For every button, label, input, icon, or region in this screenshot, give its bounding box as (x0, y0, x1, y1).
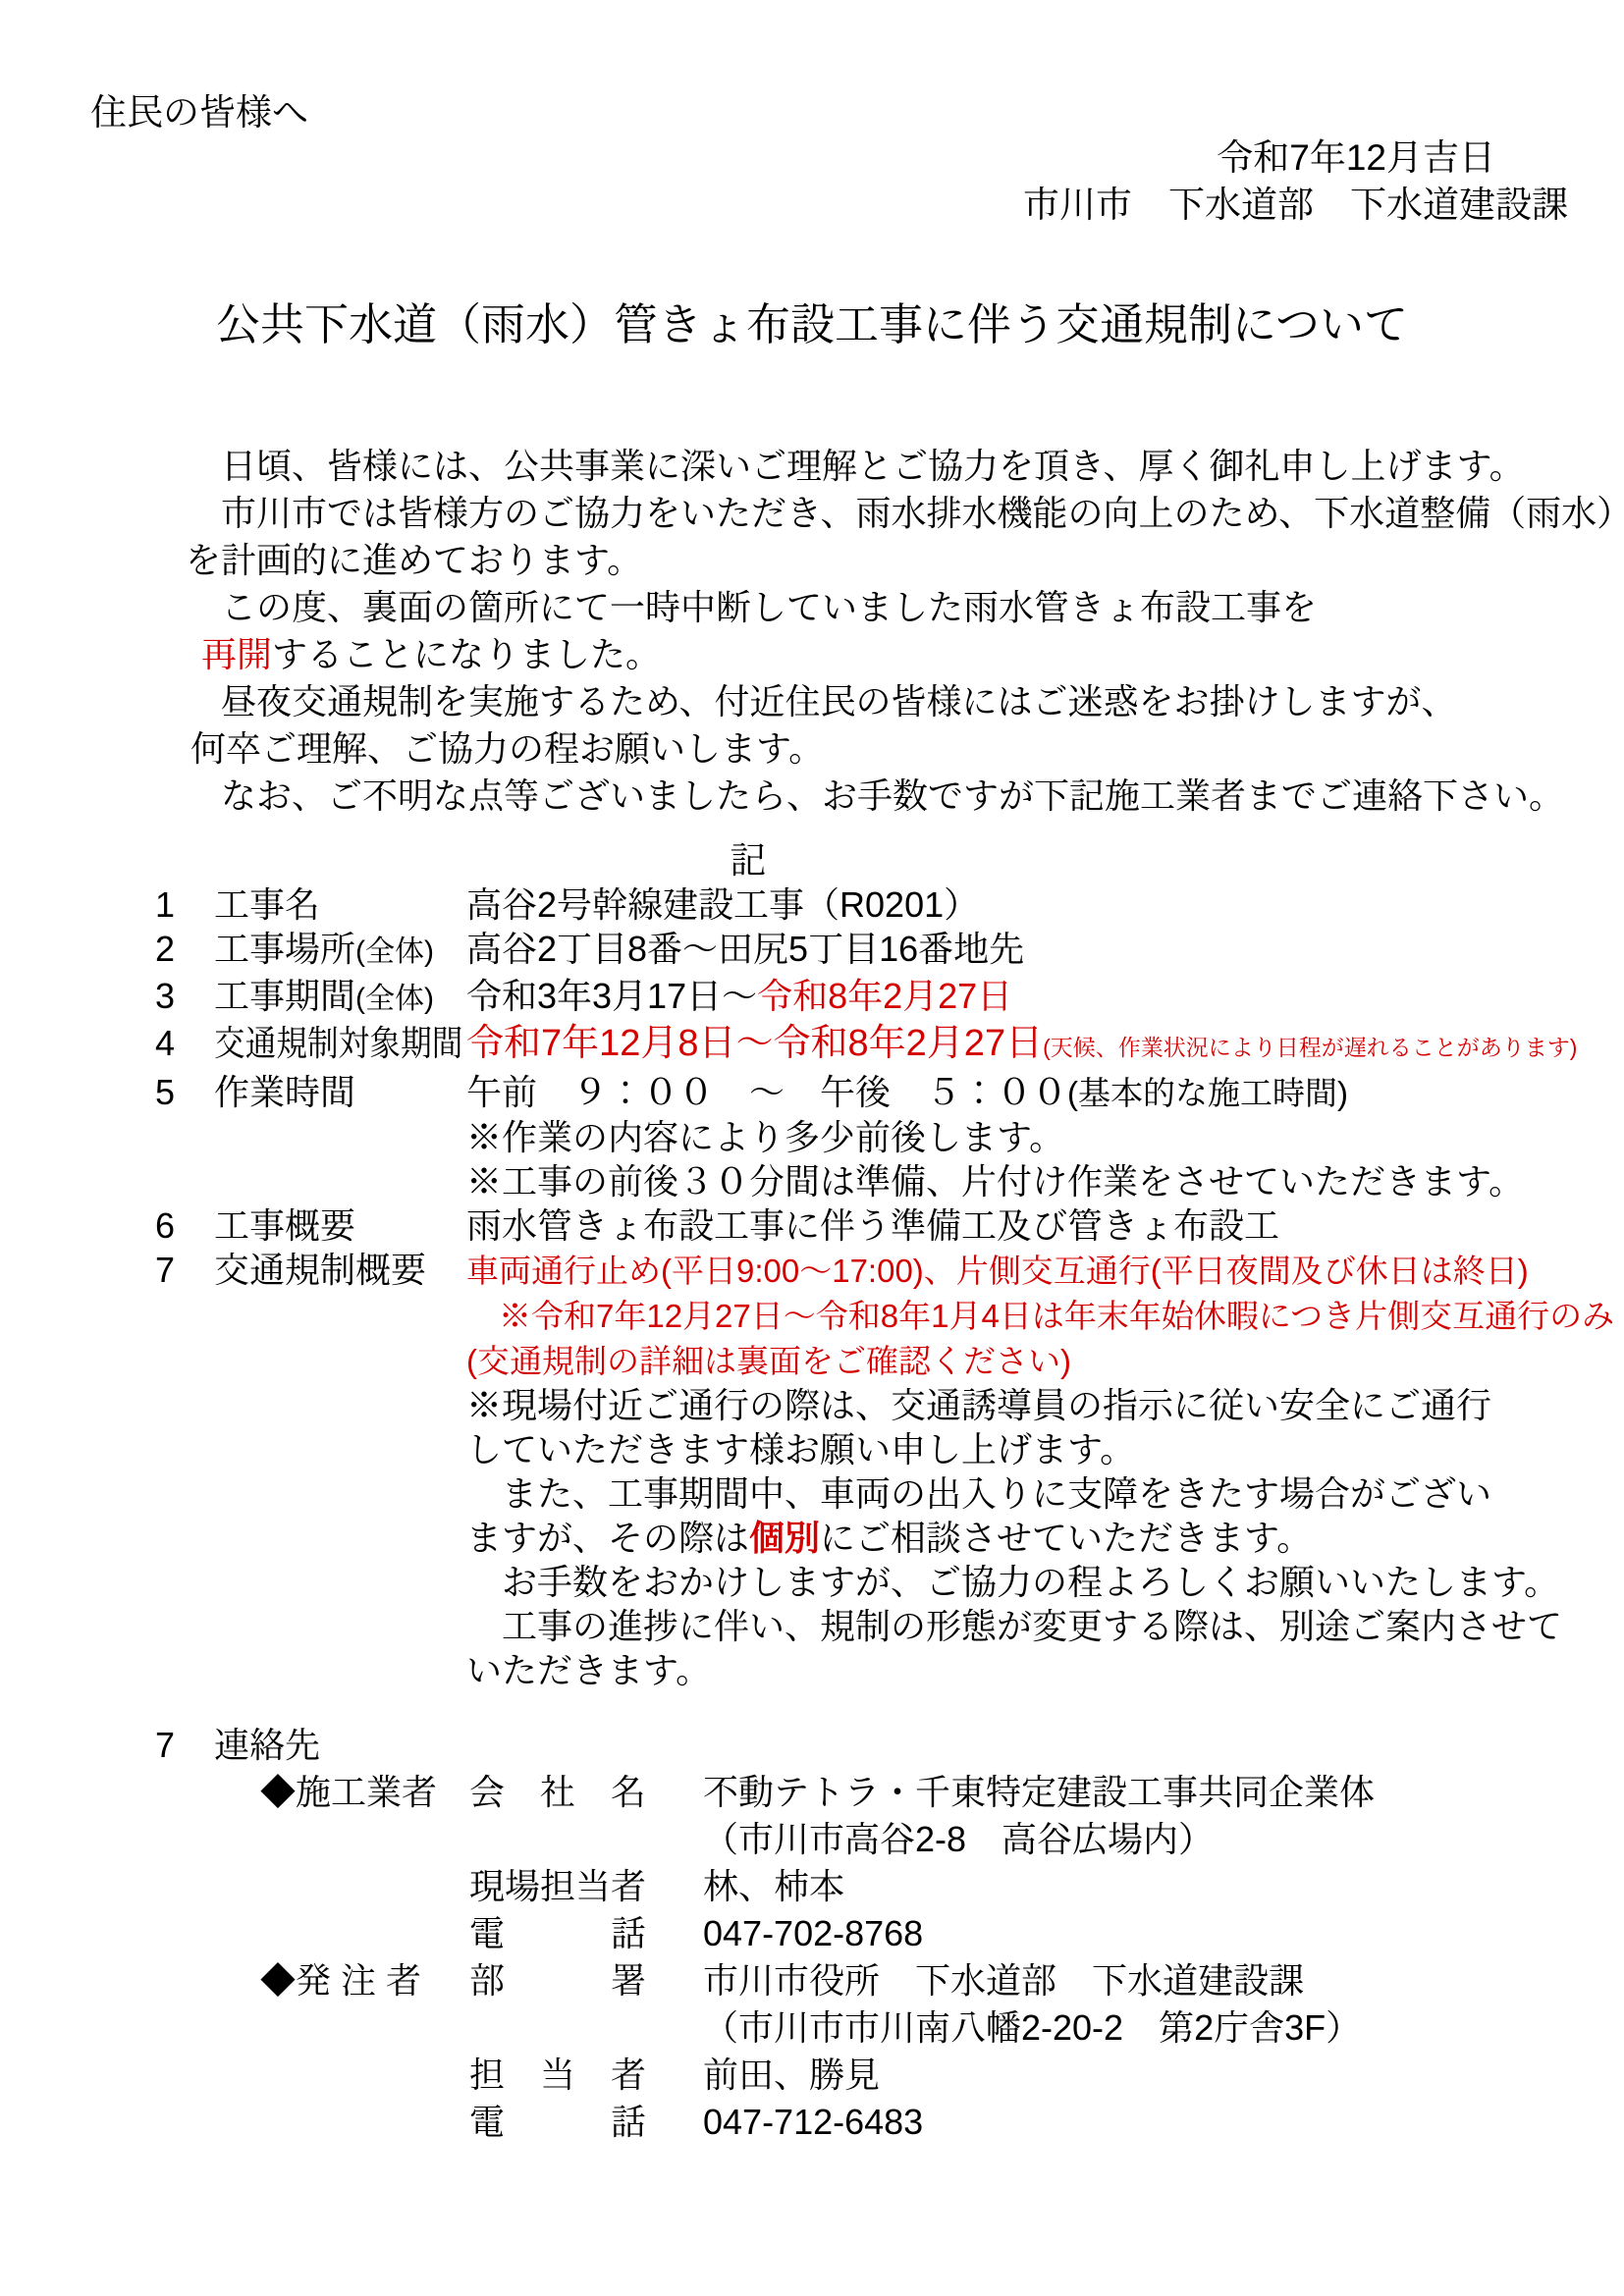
item-subline: 工事の進捗に伴い、規制の形態が変更する際は、別途ご案内させて (466, 1604, 1624, 1648)
item-subline: ますが、その際は個別にご相談させていただきます。 (466, 1516, 1624, 1560)
contact-value: 前田、勝見 (703, 2052, 1624, 2099)
text-segment: 雨水管きょ布設工事に伴う準備工及び管きょ布設工 (466, 1205, 1279, 1246)
contact-party (260, 2004, 469, 2052)
contact-field-label (469, 2004, 703, 2052)
highlighted-text: (交通規制の詳細は裏面をご確認ください) (466, 1343, 1071, 1379)
text-segment: ますが、その際は (466, 1518, 749, 1558)
notice-marker: 記 (0, 830, 1560, 883)
highlighted-text: 令和8年2月27日 (757, 976, 1012, 1016)
contact-row: ◆発 注 者部 署市川市役所 下水道部 下水道建設課 (155, 1957, 1624, 2004)
item-label: 作業時間 (214, 1070, 466, 1115)
highlighted-text: 車両通行止め(平日9:00～17:00)、片側交互通行(平日夜間及び休日は終日) (466, 1253, 1529, 1289)
item-number: 4 (155, 1021, 214, 1070)
document-title: 公共下水道（雨水）管きょ布設工事に伴う交通規制について (0, 289, 1624, 352)
intro-line: を計画的に進めております。 (186, 537, 1609, 584)
contact-rows: ◆施工業者会 社 名不動テトラ・千東特定建設工事共同企業体（市川市高谷2-8 高… (155, 1769, 1624, 2146)
text-segment: ※作業の内容により多少前後します。 (466, 1117, 1064, 1157)
contact-field-label: 電 話 (469, 1910, 703, 1957)
intro-line: 何卒ご理解、ご協力の程お願いします。 (190, 725, 1609, 773)
item-number: 3 (155, 974, 214, 1021)
text-segment: ※工事の前後３０分間は準備、片付け作業をさせていただきます。 (466, 1161, 1524, 1201)
contact-value: 047-712-6483 (703, 2099, 1624, 2146)
intro-line: 再開することになりました。 (201, 631, 1609, 678)
list-item: 6工事概要雨水管きょ布設工事に伴う準備工及び管きょ布設工 (155, 1203, 1624, 1248)
text-segment: また、工事期間中、車両の出入りに支障をきたす場合がござい (466, 1473, 1491, 1514)
intro-line: なお、ご不明な点等ございましたら、お手数ですが下記施工業者までご連絡下さい。 (221, 773, 1609, 820)
item-number: 7 (155, 1248, 214, 1293)
item-value: 令和7年12月8日～令和8年2月27日(天候、作業状況により日程が遅れることがあ… (466, 1021, 1624, 1070)
contact-row: 電 話047-712-6483 (155, 2099, 1624, 2146)
item-subline: ※現場付近ご通行の際は、交通誘導員の指示に従い安全にご通行 (466, 1383, 1624, 1427)
contact-party (260, 2099, 469, 2146)
list-item: 4交通規制対象期間令和7年12月8日～令和8年2月27日(天候、作業状況により日… (155, 1021, 1624, 1070)
issuer-department: 市川市 下水道部 下水道建設課 (1023, 175, 1568, 228)
contact-value: 林、柿本 (703, 1863, 1624, 1910)
item-number: 1 (155, 882, 214, 927)
detail-list: 1工事名高谷2号幹線建設工事（R0201）2工事場所(全体)高谷2丁目8番～田尻… (155, 882, 1624, 1692)
item-subline: いただきます。 (466, 1648, 1624, 1692)
text-segment: 令和3年3月17日～ (466, 976, 757, 1016)
contact-value: 市川市役所 下水道部 下水道建設課 (703, 1957, 1624, 2004)
contact-value: （市川市高谷2-8 高谷広場内） (703, 1816, 1624, 1863)
text-segment: 高谷2丁目8番～田尻5丁目16番地先 (466, 929, 1024, 969)
item-subline: ※工事の前後３０分間は準備、片付け作業をさせていただきます。 (466, 1159, 1624, 1203)
contact-row: （市川市市川南八幡2-20-2 第2庁舎3F） (155, 2004, 1624, 2052)
intro-line: この度、裏面の箇所にて一時中断していました雨水管きょ布設工事を (221, 584, 1609, 631)
item-value: 車両通行止め(平日9:00～17:00)、片側交互通行(平日夜間及び休日は終日) (466, 1248, 1624, 1293)
item-subline: ※令和7年12月27日～令和8年1月4日は年末年始休暇につき片側交互通行のみ (466, 1293, 1624, 1338)
highlighted-text: ※令和7年12月27日～令和8年1月4日は年末年始休暇につき片側交互通行のみ (466, 1298, 1614, 1334)
item-number: 5 (155, 1070, 214, 1115)
text-segment: お手数をおかけしますが、ご協力の程よろしくお願いいたします。 (466, 1562, 1559, 1602)
list-item: 5作業時間午前 ９：００ ～ 午後 ５：００(基本的な施工時間) (155, 1070, 1624, 1115)
text-segment: 何卒ご理解、ご協力の程お願いします。 (190, 728, 824, 769)
item-value: 高谷2丁目8番～田尻5丁目16番地先 (466, 927, 1624, 974)
item-label: 工事名 (214, 882, 466, 927)
item-label-text: 工事場所 (214, 929, 355, 969)
contact-party: ◆施工業者 (260, 1769, 469, 1816)
contact-row: ◆施工業者会 社 名不動テトラ・千東特定建設工事共同企業体 (155, 1769, 1624, 1816)
contact-heading: 7 連絡先 (155, 1722, 1624, 1769)
contact-party (260, 1816, 469, 1863)
item-label: 工事期間(全体) (214, 974, 466, 1021)
intro-line: 市川市では皆様方のご協力をいただき、雨水排水機能の向上のため、下水道整備（雨水） (221, 490, 1609, 537)
contact-row: 現場担当者林、柿本 (155, 1863, 1624, 1910)
item-subline: お手数をおかけしますが、ご協力の程よろしくお願いいたします。 (466, 1560, 1624, 1604)
text-segment: 午前 ９：００ ～ 午後 ５：００ (466, 1072, 1067, 1112)
contact-row: （市川市高谷2-8 高谷広場内） (155, 1816, 1624, 1863)
highlighted-text: 再開 (201, 634, 272, 674)
contact-field-label: 担 当 者 (469, 2052, 703, 2099)
text-segment: することになりました。 (272, 634, 661, 674)
list-item: 3工事期間(全体)令和3年3月17日～令和8年2月27日 (155, 974, 1624, 1021)
text-segment: この度、裏面の箇所にて一時中断していました雨水管きょ布設工事を (221, 587, 1317, 627)
item-label-text: 工事期間 (214, 976, 355, 1016)
notice-page: 住民の皆様へ 令和7年12月吉日 市川市 下水道部 下水道建設課 公共下水道（雨… (0, 0, 1624, 2296)
highlighted-text: (天候、作業状況により日程が遅れることがあります) (1043, 1035, 1577, 1060)
contact-party (260, 1863, 469, 1910)
item-label-suffix: (全体) (355, 935, 434, 968)
item-value: 令和3年3月17日～令和8年2月27日 (466, 974, 1624, 1021)
item-value: 高谷2号幹線建設工事（R0201） (466, 882, 1624, 927)
contact-value: 不動テトラ・千東特定建設工事共同企業体 (703, 1769, 1624, 1816)
item-label: 工事場所(全体) (214, 927, 466, 974)
text-segment: ※現場付近ご通行の際は、交通誘導員の指示に従い安全にご通行 (466, 1385, 1491, 1425)
item-subline: ※作業の内容により多少前後します。 (466, 1115, 1624, 1159)
item-subline: また、工事期間中、車両の出入りに支障をきたす場合がござい (466, 1471, 1624, 1516)
list-item: 2工事場所(全体)高谷2丁目8番～田尻5丁目16番地先 (155, 927, 1624, 974)
text-segment: 工事の進捗に伴い、規制の形態が変更する際は、別途ご案内させて (466, 1606, 1562, 1646)
item-label: 交通規制概要 (214, 1248, 466, 1293)
contact-value: 047-702-8768 (703, 1910, 1624, 1957)
intro-paragraphs: 日頃、皆様には、公共事業に深いご理解とご協力を頂き、厚く御礼申し上げます。市川市… (186, 443, 1609, 820)
text-segment: (基本的な施工時間) (1067, 1075, 1348, 1111)
item-label-text: 交通規制対象期間 (214, 1021, 462, 1065)
item-number: 2 (155, 927, 214, 974)
text-segment: なお、ご不明な点等ございましたら、お手数ですが下記施工業者までご連絡下さい。 (221, 775, 1564, 816)
greeting-text: 住民の皆様へ (90, 82, 308, 135)
contact-row: 担 当 者前田、勝見 (155, 2052, 1624, 2099)
text-segment: 昼夜交通規制を実施するため、付近住民の皆様にはご迷惑をお掛けしますが、 (221, 681, 1457, 721)
intro-line: 昼夜交通規制を実施するため、付近住民の皆様にはご迷惑をお掛けしますが、 (221, 678, 1609, 725)
list-item: 7交通規制概要車両通行止め(平日9:00～17:00)、片側交互通行(平日夜間及… (155, 1248, 1624, 1293)
highlighted-text: 個別 (749, 1518, 820, 1558)
contact-row: 電 話047-702-8768 (155, 1910, 1624, 1957)
item-label-text: 工事名 (214, 884, 320, 925)
item-label-text: 作業時間 (214, 1072, 355, 1112)
contact-heading-label: 連絡先 (214, 1722, 320, 1769)
item-label-suffix: (全体) (355, 983, 434, 1015)
item-subline: (交通規制の詳細は裏面をご確認ください) (466, 1338, 1624, 1383)
intro-line: 日頃、皆様には、公共事業に深いご理解とご協力を頂き、厚く御礼申し上げます。 (221, 443, 1609, 490)
contact-field-label: 会 社 名 (469, 1769, 703, 1816)
item-label-text: 交通規制概要 (214, 1250, 426, 1290)
item-label: 交通規制対象期間 (214, 1021, 466, 1070)
contact-party: ◆発 注 者 (260, 1957, 469, 2004)
contact-field-label: 電 話 (469, 2099, 703, 2146)
text-segment: にご相談させていただきます。 (820, 1518, 1312, 1558)
contact-field-label: 部 署 (469, 1957, 703, 2004)
text-segment: を計画的に進めております。 (186, 540, 642, 580)
item-label: 工事概要 (214, 1203, 466, 1248)
issue-date: 令和7年12月吉日 (1217, 128, 1495, 181)
highlighted-text: 令和7年12月8日～令和8年2月27日 (466, 1023, 1043, 1064)
contact-field-label (469, 1816, 703, 1863)
contact-section: 7 連絡先 ◆施工業者会 社 名不動テトラ・千東特定建設工事共同企業体（市川市高… (155, 1722, 1624, 2146)
contact-field-label: 現場担当者 (469, 1863, 703, 1910)
contact-heading-number: 7 (155, 1722, 214, 1769)
list-item: 1工事名高谷2号幹線建設工事（R0201） (155, 882, 1624, 927)
contact-value: （市川市市川南八幡2-20-2 第2庁舎3F） (703, 2004, 1624, 2052)
item-number: 6 (155, 1203, 214, 1248)
contact-party (260, 2052, 469, 2099)
text-segment: 市川市では皆様方のご協力をいただき、雨水排水機能の向上のため、下水道整備（雨水） (221, 493, 1624, 533)
item-value: 雨水管きょ布設工事に伴う準備工及び管きょ布設工 (466, 1203, 1624, 1248)
text-segment: 高谷2号幹線建設工事（R0201） (466, 884, 979, 925)
item-value: 午前 ９：００ ～ 午後 ５：００(基本的な施工時間) (466, 1070, 1624, 1115)
text-segment: していただきます様お願い申し上げます。 (466, 1429, 1135, 1469)
text-segment: いただきます。 (466, 1650, 711, 1690)
text-segment: 日頃、皆様には、公共事業に深いご理解とご協力を頂き、厚く御礼申し上げます。 (221, 446, 1525, 486)
item-label-text: 工事概要 (214, 1205, 355, 1246)
item-subline: していただきます様お願い申し上げます。 (466, 1427, 1624, 1471)
contact-party (260, 1910, 469, 1957)
